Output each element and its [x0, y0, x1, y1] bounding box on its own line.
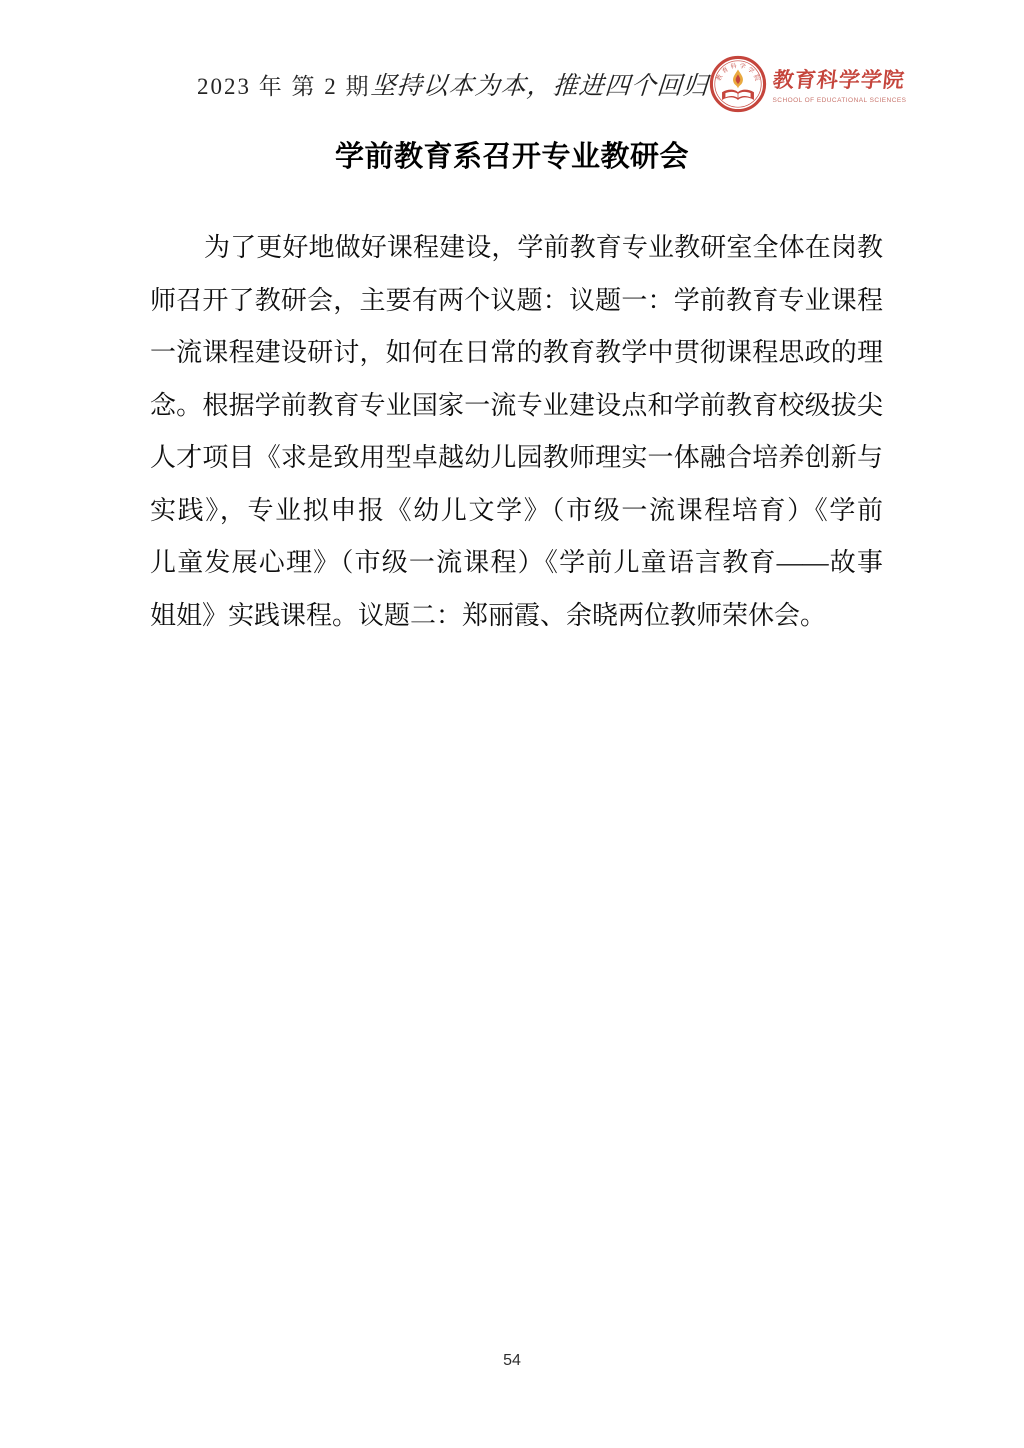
body-line: 姐姐》实践课程。议题二：郑丽霞、余晓两位教师荣休会。: [150, 590, 883, 643]
page-header: 2023 年 第 2 期 坚持以本为本，推进四个回归 教育科学学院: [197, 52, 906, 116]
body-line: 念。根据学前教育专业国家一流专业建设点和学前教育校级拔尖: [150, 380, 883, 433]
article-title: 学前教育系召开专业教研会: [0, 134, 1024, 175]
body-line: 一流课程建设研讨，如何在日常的教育教学中贯彻课程思政的理: [150, 327, 883, 380]
article-body: 为了更好地做好课程建设，学前教育专业教研室全体在岗教 师召开了教研会，主要有两个…: [150, 222, 883, 642]
school-emblem-icon: 教育科学学院: [709, 55, 767, 113]
page-number: 54: [0, 1352, 1024, 1370]
school-name-cn: 教育科学学院: [771, 64, 908, 94]
school-logo-text: 教育科学学院 SCHOOL OF EDUCATIONAL SCIENCES: [773, 64, 907, 104]
header-slogan: 坚持以本为本，推进四个回归: [369, 66, 710, 102]
document-page: 2023 年 第 2 期 坚持以本为本，推进四个回归 教育科学学院: [0, 0, 1024, 1448]
body-line: 师召开了教研会，主要有两个议题：议题一：学前教育专业课程: [150, 275, 883, 328]
school-name-en: SCHOOL OF EDUCATIONAL SCIENCES: [773, 97, 907, 104]
school-logo: 教育科学学院 教育科学学院 SCHOOL OF EDUCATIONAL SCIE…: [709, 55, 907, 113]
body-line: 儿童发展心理》（市级一流课程）《学前儿童语言教育——故事: [150, 537, 883, 590]
body-line: 实践》，专业拟申报《幼儿文学》（市级一流课程培育）《学前: [150, 485, 883, 538]
body-line: 为了更好地做好课程建设，学前教育专业教研室全体在岗教: [150, 222, 883, 275]
body-line: 人才项目《求是致用型卓越幼儿园教师理实一体融合培养创新与: [150, 432, 883, 485]
issue-info: 2023 年 第 2 期: [197, 68, 371, 101]
